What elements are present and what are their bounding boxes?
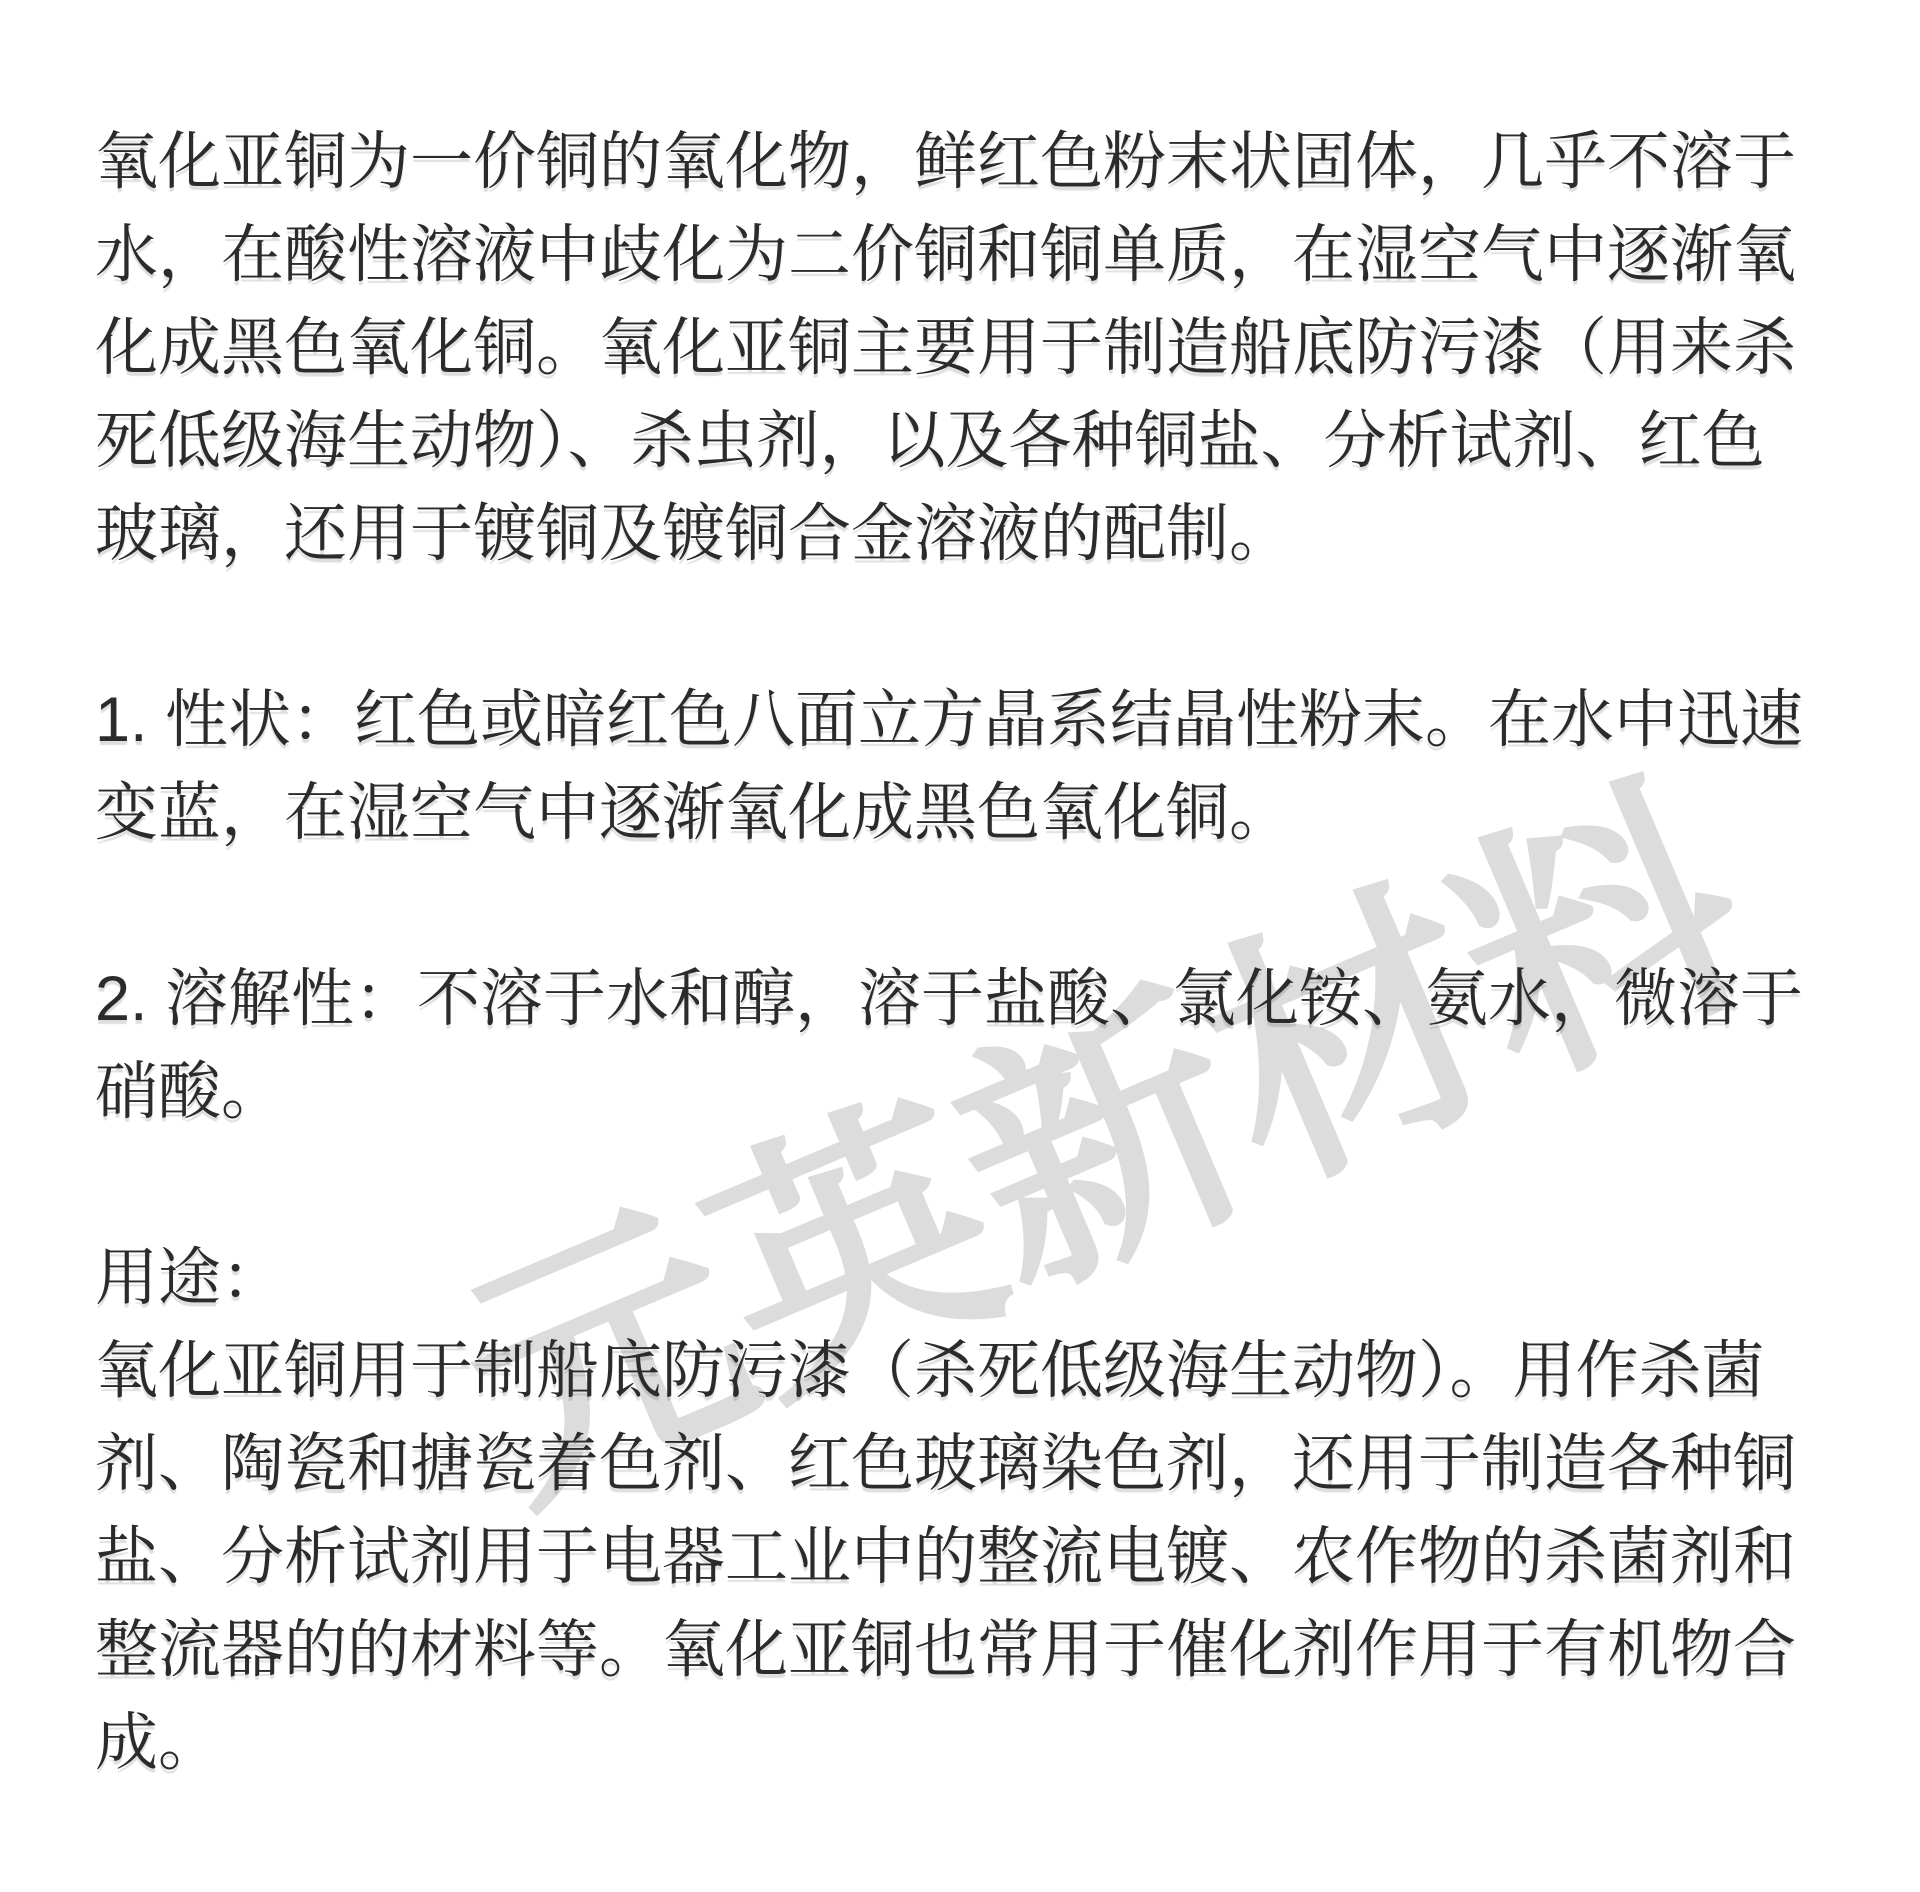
text-line: 用途： <box>95 1232 1860 1325</box>
document-page: 元英新材料 氧化亚铜为一价铜的氧化物，鲜红色粉末状固体，几乎不溶于水，在酸性溶液… <box>0 0 1920 1892</box>
text-line: 剂、陶瓷和搪瓷着色剂、红色玻璃染色剂，还用于制造各种铜 <box>95 1418 1860 1511</box>
document-content: 氧化亚铜为一价铜的氧化物，鲜红色粉末状固体，几乎不溶于水，在酸性溶液中歧化为二价… <box>95 116 1860 1790</box>
paragraph: 1. 性状：红色或暗红色八面立方晶系结晶性粉末。在水中迅速变蓝，在湿空气中逐渐氧… <box>95 674 1860 860</box>
text-line: 整流器的的材料等。氧化亚铜也常用于催化剂作用于有机物合 <box>95 1604 1860 1697</box>
text-line: 变蓝，在湿空气中逐渐氧化成黑色氧化铜。 <box>95 767 1860 860</box>
paragraph: 氧化亚铜为一价铜的氧化物，鲜红色粉末状固体，几乎不溶于水，在酸性溶液中歧化为二价… <box>95 116 1860 581</box>
paragraph: 2. 溶解性：不溶于水和醇，溶于盐酸、氯化铵、氨水，微溶于硝酸。 <box>95 953 1860 1139</box>
text-line: 1. 性状：红色或暗红色八面立方晶系结晶性粉末。在水中迅速 <box>95 674 1860 767</box>
text-line: 死低级海生动物）、杀虫剂，以及各种铜盐、分析试剂、红色 <box>95 395 1860 488</box>
text-line: 氧化亚铜为一价铜的氧化物，鲜红色粉末状固体，几乎不溶于 <box>95 116 1860 209</box>
paragraph: 用途：氧化亚铜用于制船底防污漆（杀死低级海生动物）。用作杀菌剂、陶瓷和搪瓷着色剂… <box>95 1232 1860 1790</box>
text-line: 盐、分析试剂用于电器工业中的整流电镀、农作物的杀菌剂和 <box>95 1511 1860 1604</box>
text-line: 氧化亚铜用于制船底防污漆（杀死低级海生动物）。用作杀菌 <box>95 1325 1860 1418</box>
text-line: 硝酸。 <box>95 1046 1860 1139</box>
text-line: 玻璃，还用于镀铜及镀铜合金溶液的配制。 <box>95 488 1860 581</box>
text-line: 水，在酸性溶液中歧化为二价铜和铜单质，在湿空气中逐渐氧 <box>95 209 1860 302</box>
text-line: 成。 <box>95 1697 1860 1790</box>
text-line: 化成黑色氧化铜。氧化亚铜主要用于制造船底防污漆（用来杀 <box>95 302 1860 395</box>
text-line: 2. 溶解性：不溶于水和醇，溶于盐酸、氯化铵、氨水，微溶于 <box>95 953 1860 1046</box>
